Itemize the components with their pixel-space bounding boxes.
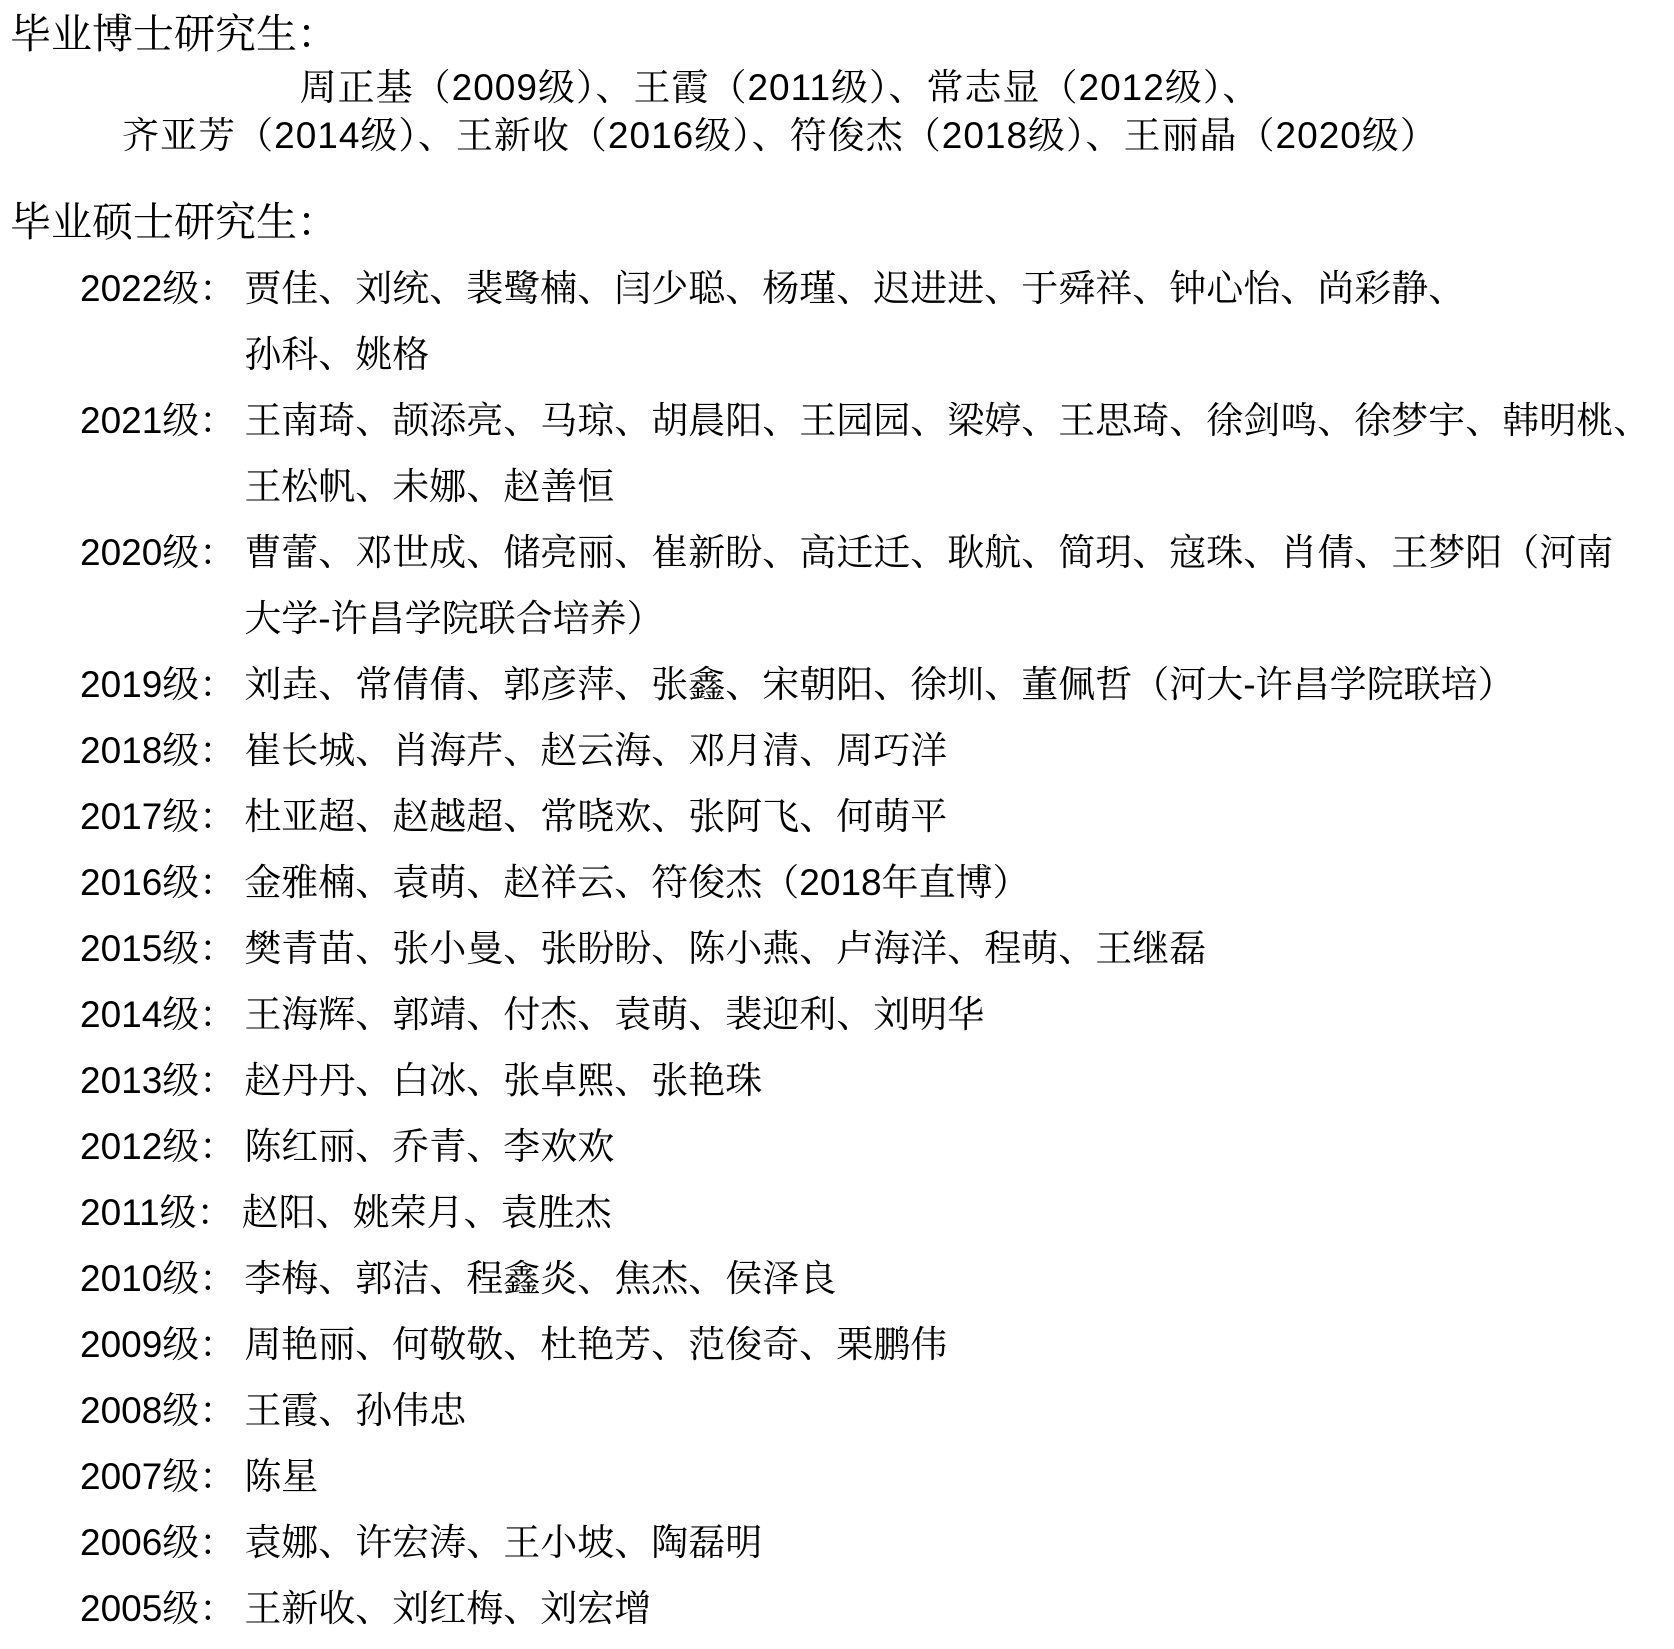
masters-names-line: 赵阳、姚荣月、袁胜杰	[242, 1180, 1662, 1246]
masters-names: 王南琦、颉添亮、马琼、胡晨阳、王园园、梁婷、王思琦、徐剑鸣、徐梦宇、韩明桃、王松…	[244, 388, 1664, 520]
masters-year-label: 2013级：	[80, 1048, 236, 1114]
masters-names: 周艳丽、何敬敬、杜艳芳、范俊奇、栗鹏伟	[244, 1312, 1664, 1378]
masters-year-label: 2022级：	[80, 256, 236, 322]
masters-names: 赵丹丹、白冰、张卓熙、张艳珠	[244, 1048, 1664, 1114]
masters-year-label: 2010级：	[80, 1246, 236, 1312]
masters-names: 刘垚、常倩倩、郭彦萍、张鑫、宋朝阳、徐圳、董佩哲（河大-许昌学院联培）	[244, 652, 1664, 718]
masters-year-row: 2019级：刘垚、常倩倩、郭彦萍、张鑫、宋朝阳、徐圳、董佩哲（河大-许昌学院联培…	[0, 652, 1674, 718]
masters-graduates-list: 2022级：贾佳、刘统、裴鹭楠、闫少聪、杨瑾、迟进进、于舜祥、钟心怡、尚彩静、孙…	[0, 256, 1674, 1642]
masters-year-row: 2017级：杜亚超、赵越超、常晓欢、张阿飞、何萌平	[0, 784, 1674, 850]
masters-names: 赵阳、姚荣月、袁胜杰	[242, 1180, 1662, 1246]
masters-names: 袁娜、许宏涛、王小坡、陶磊明	[244, 1510, 1664, 1576]
masters-year-label: 2005级：	[80, 1576, 236, 1642]
masters-names-line: 杜亚超、赵越超、常晓欢、张阿飞、何萌平	[244, 784, 1664, 850]
masters-names-line: 大学-许昌学院联合培养）	[244, 586, 1664, 652]
masters-year-row: 2007级：陈星	[0, 1444, 1674, 1510]
masters-year-row: 2009级：周艳丽、何敬敬、杜艳芳、范俊奇、栗鹏伟	[0, 1312, 1674, 1378]
masters-year-label: 2009级：	[80, 1312, 236, 1378]
masters-names-line: 周艳丽、何敬敬、杜艳芳、范俊奇、栗鹏伟	[244, 1312, 1664, 1378]
masters-names-line: 陈红丽、乔青、李欢欢	[244, 1114, 1664, 1180]
masters-names-line: 贾佳、刘统、裴鹭楠、闫少聪、杨瑾、迟进进、于舜祥、钟心怡、尚彩静、	[244, 256, 1664, 322]
masters-names-line: 李梅、郭洁、程鑫炎、焦杰、侯泽良	[244, 1246, 1664, 1312]
masters-year-row: 2010级：李梅、郭洁、程鑫炎、焦杰、侯泽良	[0, 1246, 1674, 1312]
masters-names: 王海辉、郭靖、付杰、袁萌、裴迎利、刘明华	[244, 982, 1664, 1048]
masters-year-label: 2019级：	[80, 652, 236, 718]
masters-names-line: 袁娜、许宏涛、王小坡、陶磊明	[244, 1510, 1664, 1576]
masters-names: 王霞、孙伟忠	[244, 1378, 1664, 1444]
masters-year-label: 2017级：	[80, 784, 236, 850]
masters-names-line: 王新收、刘红梅、刘宏增	[244, 1576, 1664, 1642]
masters-section-heading: 毕业硕士研究生：	[0, 160, 1674, 248]
masters-year-label: 2021级：	[80, 388, 236, 454]
masters-year-label: 2007级：	[80, 1444, 236, 1510]
phd-graduates-line-2: 齐亚芳（2014级）、王新收（2016级）、符俊杰（2018级）、王丽晶（202…	[0, 112, 1560, 160]
masters-year-row: 2013级：赵丹丹、白冰、张卓熙、张艳珠	[0, 1048, 1674, 1114]
masters-names-line: 金雅楠、袁萌、赵祥云、符俊杰（2018年直博）	[244, 850, 1664, 916]
masters-year-row: 2016级：金雅楠、袁萌、赵祥云、符俊杰（2018年直博）	[0, 850, 1674, 916]
masters-year-label: 2015级：	[80, 916, 236, 982]
masters-names-line: 陈星	[244, 1444, 1664, 1510]
masters-year-row: 2011级：赵阳、姚荣月、袁胜杰	[0, 1180, 1674, 1246]
masters-names-line: 王南琦、颉添亮、马琼、胡晨阳、王园园、梁婷、王思琦、徐剑鸣、徐梦宇、韩明桃、	[244, 388, 1664, 454]
masters-names-line: 樊青苗、张小曼、张盼盼、陈小燕、卢海洋、程萌、王继磊	[244, 916, 1664, 982]
masters-year-label: 2011级：	[80, 1180, 234, 1246]
masters-names: 杜亚超、赵越超、常晓欢、张阿飞、何萌平	[244, 784, 1664, 850]
masters-names: 崔长城、肖海芹、赵云海、邓月清、周巧洋	[244, 718, 1664, 784]
masters-names: 樊青苗、张小曼、张盼盼、陈小燕、卢海洋、程萌、王继磊	[244, 916, 1664, 982]
document-page: 毕业博士研究生： 周正基（2009级）、王霞（2011级）、常志显（2012级）…	[0, 0, 1674, 1649]
masters-year-label: 2020级：	[80, 520, 236, 586]
masters-year-row: 2022级：贾佳、刘统、裴鹭楠、闫少聪、杨瑾、迟进进、于舜祥、钟心怡、尚彩静、孙…	[0, 256, 1674, 388]
masters-names-line: 孙科、姚格	[244, 322, 1664, 388]
masters-year-label: 2006级：	[80, 1510, 236, 1576]
masters-year-row: 2005级：王新收、刘红梅、刘宏增	[0, 1576, 1674, 1642]
masters-names-line: 刘垚、常倩倩、郭彦萍、张鑫、宋朝阳、徐圳、董佩哲（河大-许昌学院联培）	[244, 652, 1664, 718]
masters-year-row: 2021级：王南琦、颉添亮、马琼、胡晨阳、王园园、梁婷、王思琦、徐剑鸣、徐梦宇、…	[0, 388, 1674, 520]
phd-graduates-list: 周正基（2009级）、王霞（2011级）、常志显（2012级）、 齐亚芳（201…	[0, 64, 1560, 160]
masters-year-row: 2014级：王海辉、郭靖、付杰、袁萌、裴迎利、刘明华	[0, 982, 1674, 1048]
masters-year-row: 2012级：陈红丽、乔青、李欢欢	[0, 1114, 1674, 1180]
masters-year-label: 2008级：	[80, 1378, 236, 1444]
masters-names: 王新收、刘红梅、刘宏增	[244, 1576, 1664, 1642]
masters-names: 曹蕾、邓世成、储亮丽、崔新盼、高迁迁、耿航、简玥、寇珠、肖倩、王梦阳（河南大学-…	[244, 520, 1664, 652]
masters-names-line: 王海辉、郭靖、付杰、袁萌、裴迎利、刘明华	[244, 982, 1664, 1048]
masters-names-line: 赵丹丹、白冰、张卓熙、张艳珠	[244, 1048, 1664, 1114]
masters-year-label: 2018级：	[80, 718, 236, 784]
masters-names: 李梅、郭洁、程鑫炎、焦杰、侯泽良	[244, 1246, 1664, 1312]
masters-names: 陈星	[244, 1444, 1664, 1510]
masters-year-row: 2020级：曹蕾、邓世成、储亮丽、崔新盼、高迁迁、耿航、简玥、寇珠、肖倩、王梦阳…	[0, 520, 1674, 652]
masters-names: 贾佳、刘统、裴鹭楠、闫少聪、杨瑾、迟进进、于舜祥、钟心怡、尚彩静、孙科、姚格	[244, 256, 1664, 388]
masters-year-label: 2012级：	[80, 1114, 236, 1180]
phd-graduates-line-1: 周正基（2009级）、王霞（2011级）、常志显（2012级）、	[0, 64, 1560, 112]
masters-year-row: 2015级：樊青苗、张小曼、张盼盼、陈小燕、卢海洋、程萌、王继磊	[0, 916, 1674, 982]
masters-names-line: 曹蕾、邓世成、储亮丽、崔新盼、高迁迁、耿航、简玥、寇珠、肖倩、王梦阳（河南	[244, 520, 1664, 586]
masters-names-line: 王霞、孙伟忠	[244, 1378, 1664, 1444]
phd-section-heading: 毕业博士研究生：	[0, 0, 1674, 60]
masters-names: 陈红丽、乔青、李欢欢	[244, 1114, 1664, 1180]
masters-names: 金雅楠、袁萌、赵祥云、符俊杰（2018年直博）	[244, 850, 1664, 916]
masters-names-line: 王松帆、未娜、赵善恒	[244, 454, 1664, 520]
masters-year-label: 2016级：	[80, 850, 236, 916]
masters-names-line: 崔长城、肖海芹、赵云海、邓月清、周巧洋	[244, 718, 1664, 784]
masters-year-row: 2018级：崔长城、肖海芹、赵云海、邓月清、周巧洋	[0, 718, 1674, 784]
masters-year-row: 2008级：王霞、孙伟忠	[0, 1378, 1674, 1444]
masters-year-label: 2014级：	[80, 982, 236, 1048]
masters-year-row: 2006级：袁娜、许宏涛、王小坡、陶磊明	[0, 1510, 1674, 1576]
